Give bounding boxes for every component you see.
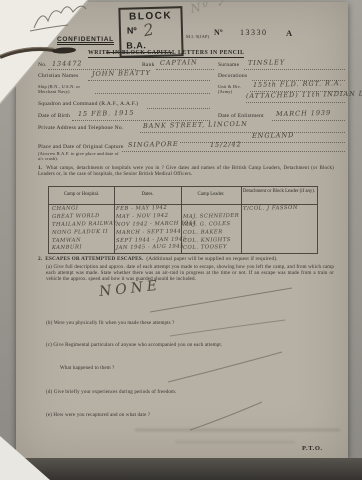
pencil-stroke — [170, 320, 285, 336]
pencil-stroke — [190, 402, 262, 430]
pencil-stroke — [150, 288, 292, 312]
underpage-triangle — [0, 436, 50, 480]
scanned-pow-form: CONFIDENTIAL BLOCK Nº 2 B.A. Nº ✓ M.I. 9… — [0, 0, 362, 480]
pencil-strokes — [0, 0, 362, 480]
bottom-left-underpage — [0, 434, 52, 480]
pencil-stroke — [168, 352, 282, 382]
photo-bottom-edge — [0, 458, 362, 480]
